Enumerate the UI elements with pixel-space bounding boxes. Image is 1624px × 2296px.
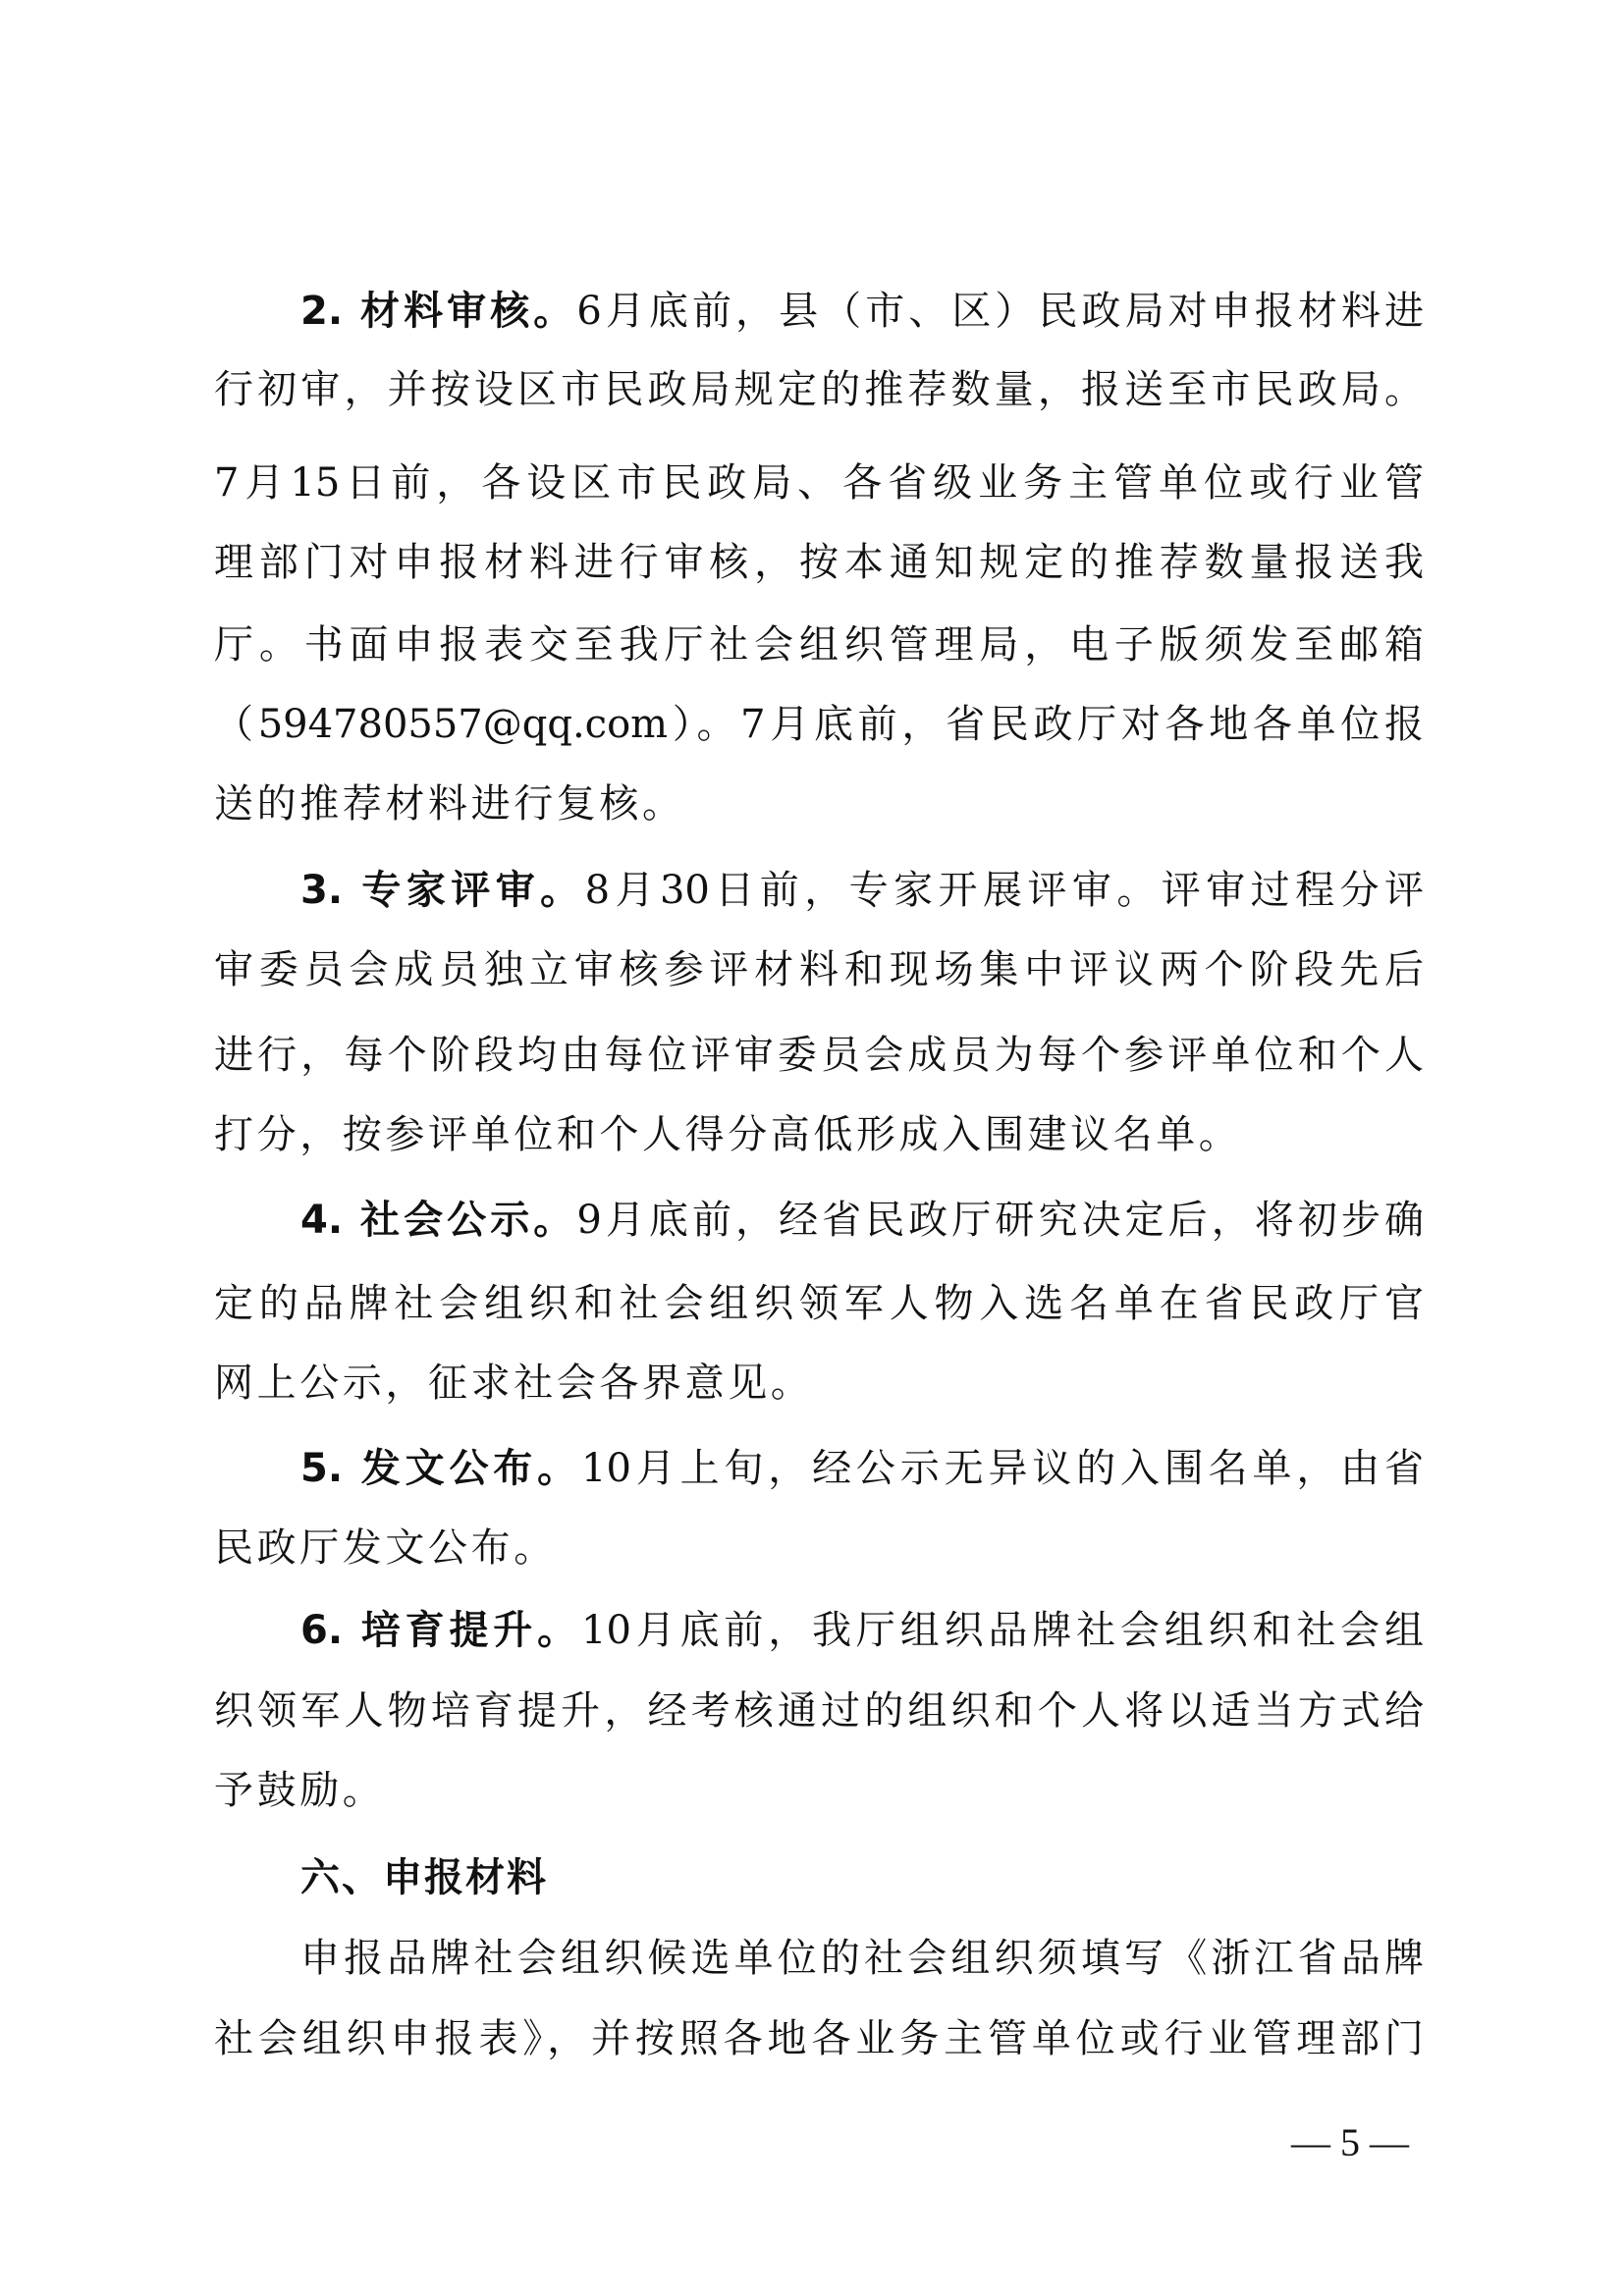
document-page: 2. 材料审核。6月底前，县（市、区）民政局对申报材料进 行初审，并按设区市民政… [0,0,1624,2296]
paragraph-2-line-1: 2. 材料审核。6月底前，县（市、区）民政局对申报材料进 [300,282,1424,341]
section-lead-3: 3. 专家评审。 [300,868,585,913]
section-lead-4: 4. 社会公示。 [300,1198,576,1243]
page-number: — 5 — [1276,2118,1424,2167]
paragraph-4-line-2: 定的品牌社会组织和社会组织领军人物入选名单在省民政厅官 [214,1274,1424,1333]
paragraph-4-line-1: 4. 社会公示。9月底前，经省民政厅研究决定后，将初步确 [300,1191,1424,1250]
paragraph-2-line-7: 送的推荐材料进行复核。 [214,774,1424,833]
paragraph-3-line-4: 打分，按参评单位和个人得分高低形成入围建议名单。 [214,1105,1424,1164]
paragraph-6-line-2: 织领军人物培育提升，经考核通过的组织和个人将以适当方式给 [214,1682,1424,1740]
paragraph-2-line-3: 7月15日前，各设区市民政局、各省级业务主管单位或行业管 [214,454,1424,512]
paragraph-4-line-3: 网上公示，征求社会各界意见。 [214,1354,1424,1413]
section-heading-application-materials: 六、申报材料 [300,1848,1424,1907]
paragraph-3-line-1: 3. 专家评审。8月30日前，专家开展评审。评审过程分评 [300,861,1424,920]
paragraph-2-line-2: 行初审，并按设区市民政局规定的推荐数量，报送至市民政局。 [214,360,1424,419]
paragraph-2-line-4: 理部门对申报材料进行审核，按本通知规定的推荐数量报送我 [214,533,1424,592]
paragraph-3-line-3: 进行，每个阶段均由每位评审委员会成员为每个参评单位和个人 [214,1026,1424,1085]
paragraph-5-line-1: 5. 发文公布。10月上旬，经公示无异议的入围名单，由省 [300,1439,1424,1498]
section-lead-5: 5. 发文公布。 [300,1446,581,1491]
materials-paragraph-line-2: 社会组织申报表》，并按照各地各业务主管单位或行业管理部门 [214,2009,1424,2068]
paragraph-5-line-2: 民政厅发文公布。 [214,1519,1424,1577]
paragraph-3-line-2: 审委员会成员独立审核参评材料和现场集中评议两个阶段先后 [214,940,1424,999]
paragraph-6-line-3: 予鼓励。 [214,1761,1424,1820]
section-lead-2: 2. 材料审核。 [300,289,576,334]
materials-paragraph-line-1: 申报品牌社会组织候选单位的社会组织须填写《浙江省品牌 [300,1929,1424,1988]
paragraph-2-line-6: （594780557@qq.com）。7月底前，省民政厅对各地各单位报 [214,695,1424,754]
paragraph-6-line-1: 6. 培育提升。10月底前，我厅组织品牌社会组织和社会组 [300,1601,1424,1660]
paragraph-2-line-5: 厅。书面申报表交至我厅社会组织管理局，电子版须发至邮箱 [214,615,1424,674]
section-lead-6: 6. 培育提升。 [300,1608,581,1653]
